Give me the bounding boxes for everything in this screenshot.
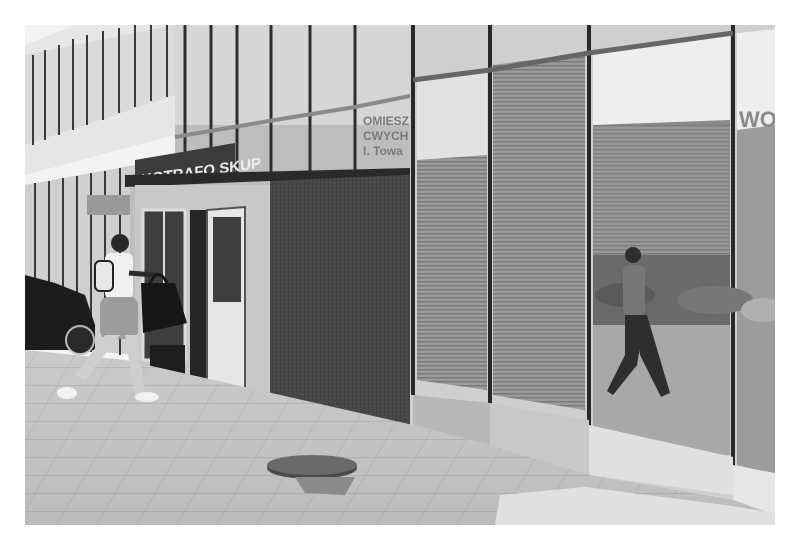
backpack: [95, 261, 113, 291]
window-text-2: CWYCH: [363, 129, 408, 143]
street-scene: OMIESZ CWYCH I. Towa KOTRAFO SKUP: [25, 25, 775, 525]
open-door: [207, 207, 245, 410]
window-text-1: OMIESZ: [363, 114, 409, 128]
reflected-sign-text: WO: [739, 107, 775, 132]
photograph: OMIESZ CWYCH I. Towa KOTRAFO SKUP: [25, 25, 775, 525]
window-text-3: I. Towa: [363, 144, 403, 158]
